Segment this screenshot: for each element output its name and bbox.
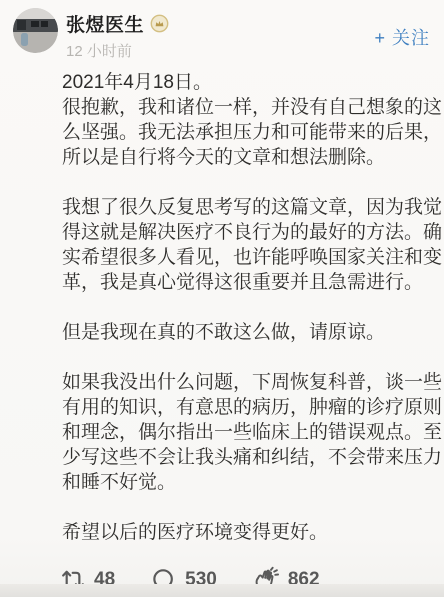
post-paragraph: 2021年4月18日。 很抱歉，我和诸位一样，并没有自己想象的这么坚强。我无法承… (62, 70, 443, 170)
post-paragraph: 我想了很久反复思考写的这篇文章，因为我觉得这就是解决医疗不良行为的最好的方法。确… (62, 195, 443, 295)
post-paragraph: 如果我没出什么问题，下周恢复科普，谈一些有用的知识，有意思的病历，肿瘤的诊疗原则… (62, 370, 443, 495)
header-meta: 张煜医生 12 小时前 (66, 8, 374, 61)
footer-strip (0, 584, 444, 597)
author-name[interactable]: 张煜医生 (66, 10, 144, 37)
avatar[interactable] (13, 8, 58, 53)
follow-button[interactable]: + 关注 (374, 24, 430, 50)
post-text: 2021年4月18日。 很抱歉，我和诸位一样，并没有自己想象的这么坚强。我无法承… (62, 70, 443, 545)
crown-badge-icon (150, 14, 169, 33)
post-paragraph: 但是我现在真的不敢这么做，请原谅。 (62, 320, 443, 345)
post-header: 张煜医生 12 小时前 + 关注 (0, 0, 444, 61)
post-paragraph: 希望以后的医疗环境变得更好。 (62, 520, 443, 545)
post-card: 张煜医生 12 小时前 + 关注 2021年4月18日。 很抱歉，我和诸位一样，… (0, 0, 444, 597)
avatar-photo (13, 8, 58, 53)
timestamp: 12 小时前 (66, 40, 374, 61)
